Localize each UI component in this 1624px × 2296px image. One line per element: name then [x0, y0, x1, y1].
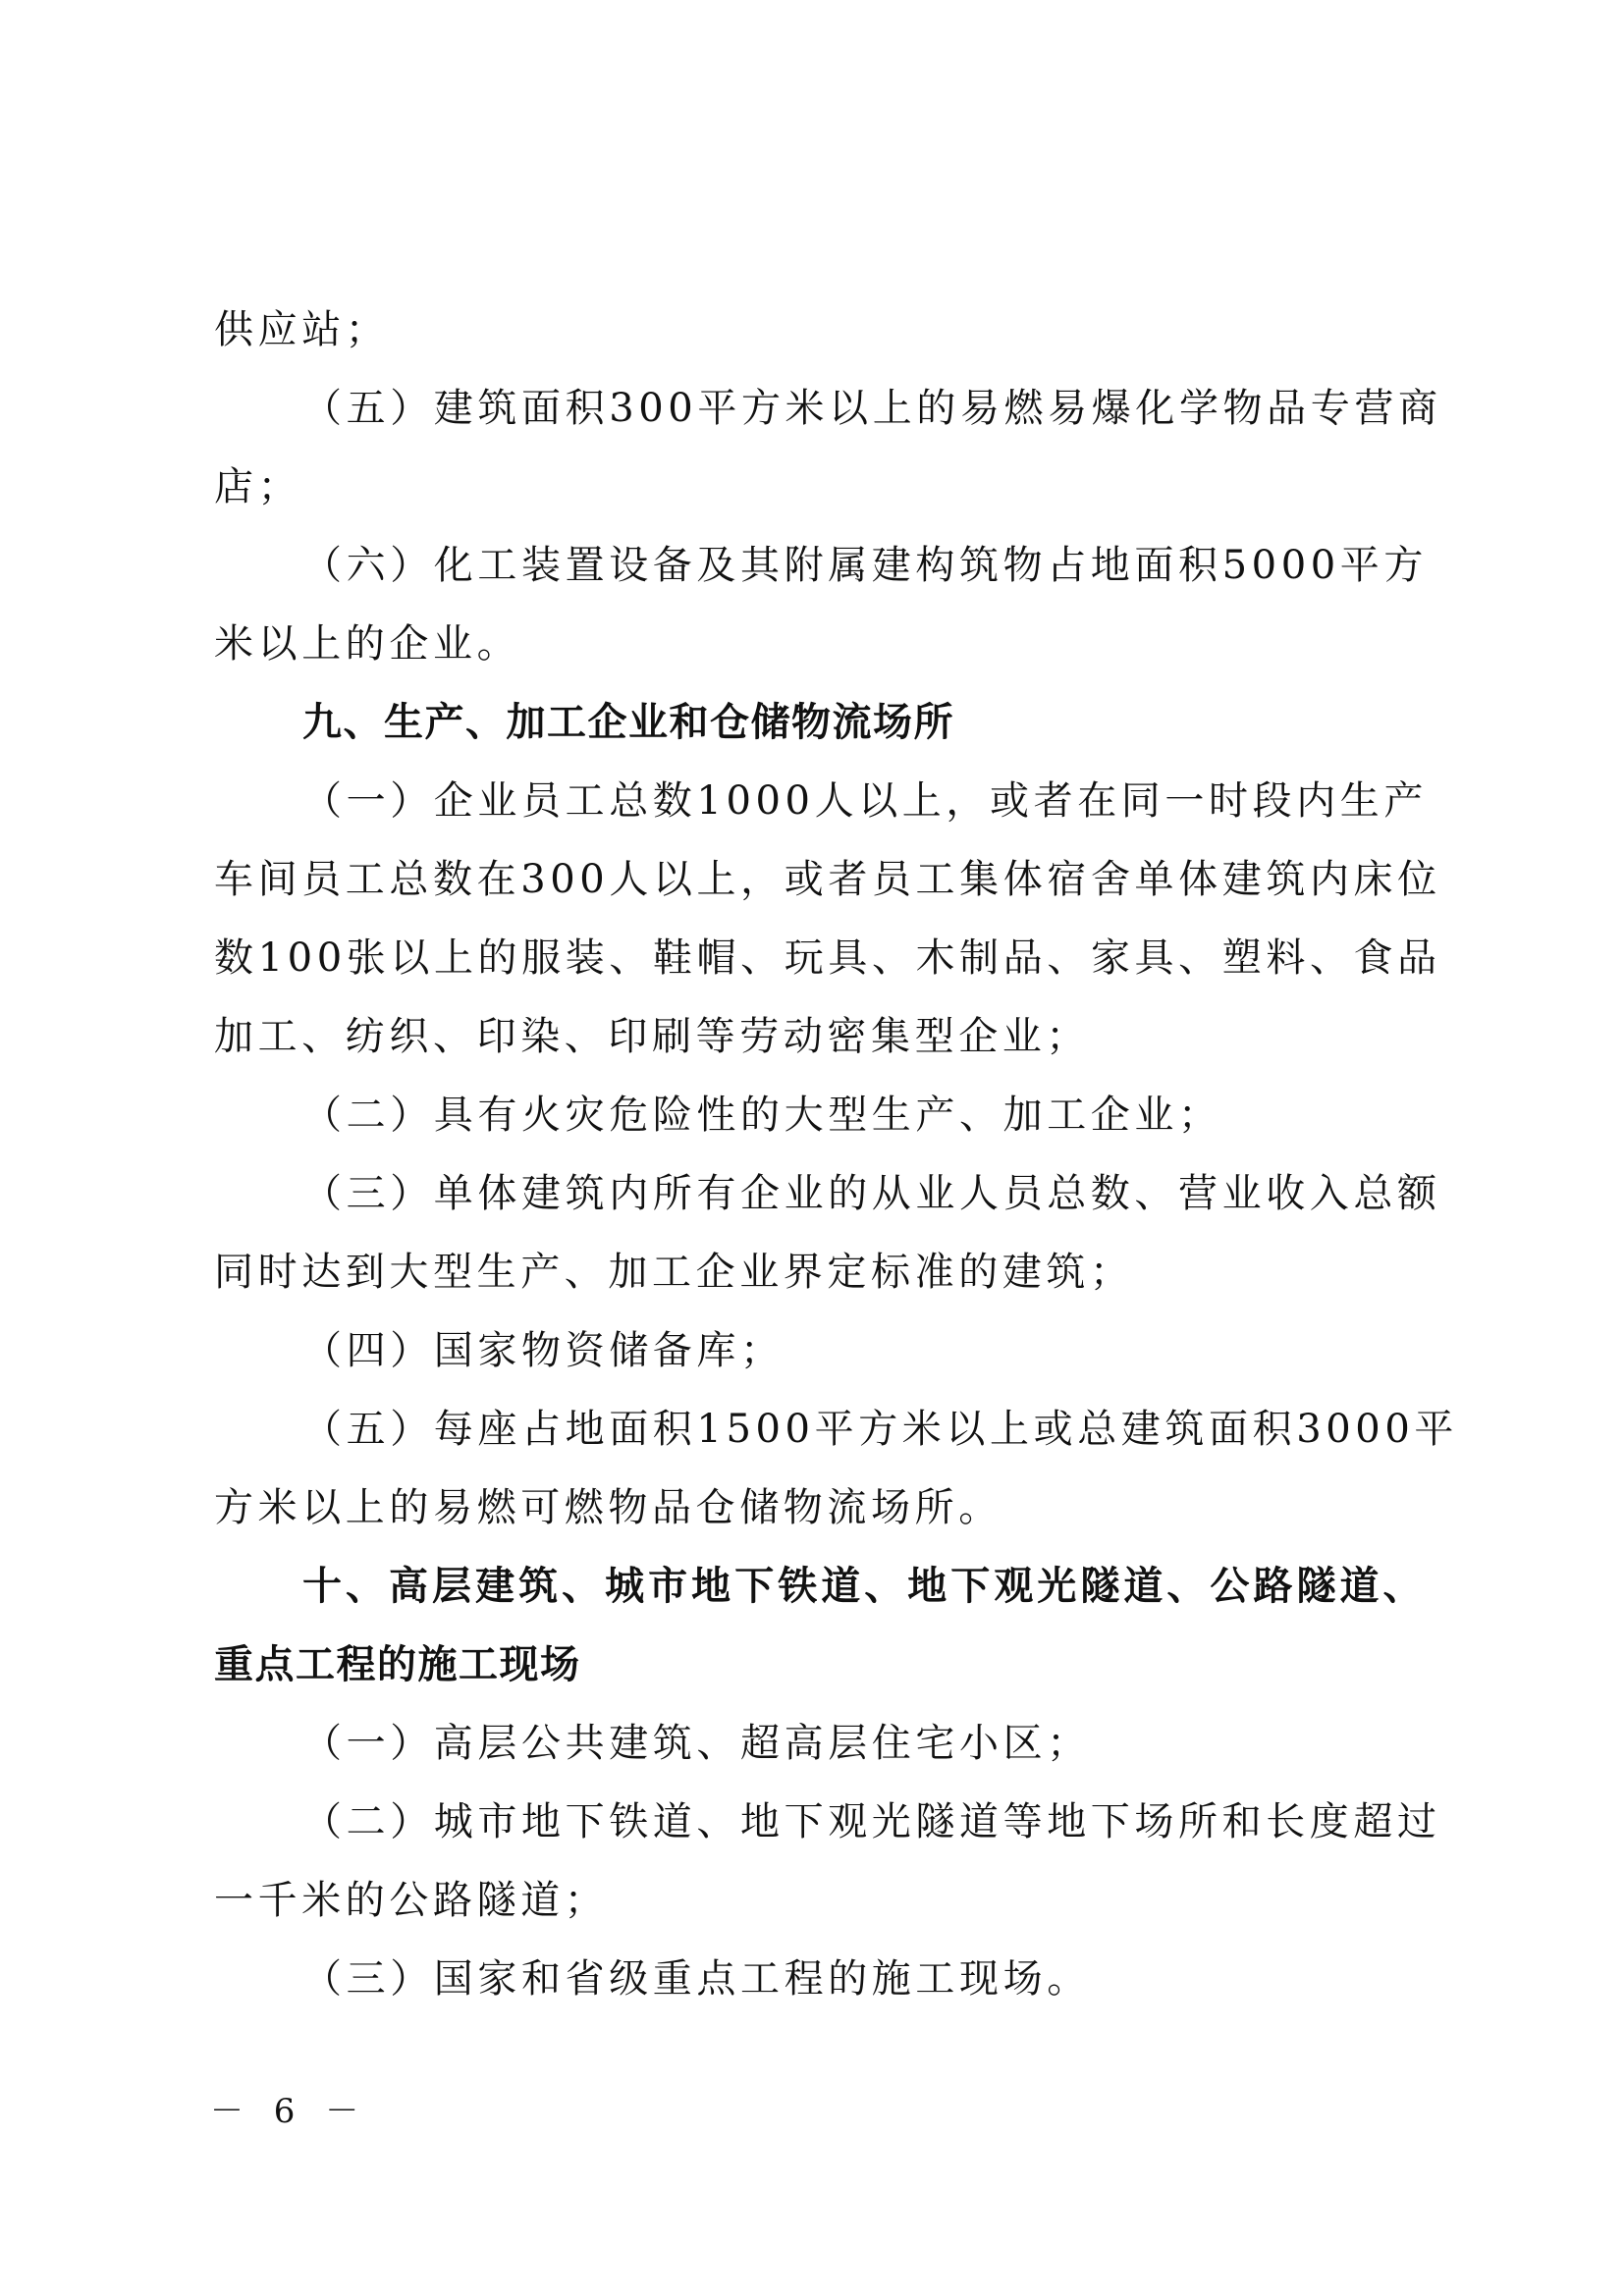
list-item-line: （五）建筑面积300平方米以上的易燃易爆化学物品专营商	[214, 369, 1424, 448]
document-body: 供应站； （五）建筑面积300平方米以上的易燃易爆化学物品专营商 店； （六）化…	[214, 291, 1424, 2018]
list-item-line: （二）具有火灾危险性的大型生产、加工企业；	[214, 1076, 1424, 1154]
section-heading: 九、生产、加工企业和仓储物流场所	[214, 683, 1424, 762]
text-line-continuation: 同时达到大型生产、加工企业界定标准的建筑；	[214, 1233, 1424, 1311]
text-line-continuation: 数100张以上的服装、鞋帽、玩具、木制品、家具、塑料、食品	[214, 919, 1424, 997]
text-line-continuation: 米以上的企业。	[214, 605, 1424, 683]
text-line-continuation: 加工、纺织、印染、印刷等劳动密集型企业；	[214, 997, 1424, 1076]
list-item-line: （六）化工装置设备及其附属建构筑物占地面积5000平方	[214, 526, 1424, 605]
section-heading: 十、高层建筑、城市地下铁道、地下观光隧道、公路隧道、	[214, 1547, 1424, 1626]
text-line-continuation: 车间员工总数在300人以上，或者员工集体宿舍单体建筑内床位	[214, 840, 1424, 919]
text-line-continuation: 供应站；	[214, 291, 1424, 369]
text-line-continuation: 店；	[214, 448, 1424, 526]
text-line-continuation: 方米以上的易燃可燃物品仓储物流场所。	[214, 1468, 1424, 1547]
list-item-line: （四）国家物资储备库；	[214, 1311, 1424, 1390]
list-item-line: （一）企业员工总数1000人以上，或者在同一时段内生产	[214, 762, 1424, 840]
list-item-line: （三）单体建筑内所有企业的从业人员总数、营业收入总额	[214, 1154, 1424, 1233]
list-item-line: （五）每座占地面积1500平方米以上或总建筑面积3000平	[214, 1390, 1424, 1468]
section-heading-continuation: 重点工程的施工现场	[214, 1626, 1424, 1704]
page-number: － 6 －	[210, 2087, 368, 2136]
list-item-line: （一）高层公共建筑、超高层住宅小区；	[214, 1704, 1424, 1783]
text-line-continuation: 一千米的公路隧道；	[214, 1861, 1424, 1940]
list-item-line: （二）城市地下铁道、地下观光隧道等地下场所和长度超过	[214, 1783, 1424, 1861]
list-item-line: （三）国家和省级重点工程的施工现场。	[214, 1940, 1424, 2018]
document-page: 供应站； （五）建筑面积300平方米以上的易燃易爆化学物品专营商 店； （六）化…	[0, 0, 1624, 2296]
